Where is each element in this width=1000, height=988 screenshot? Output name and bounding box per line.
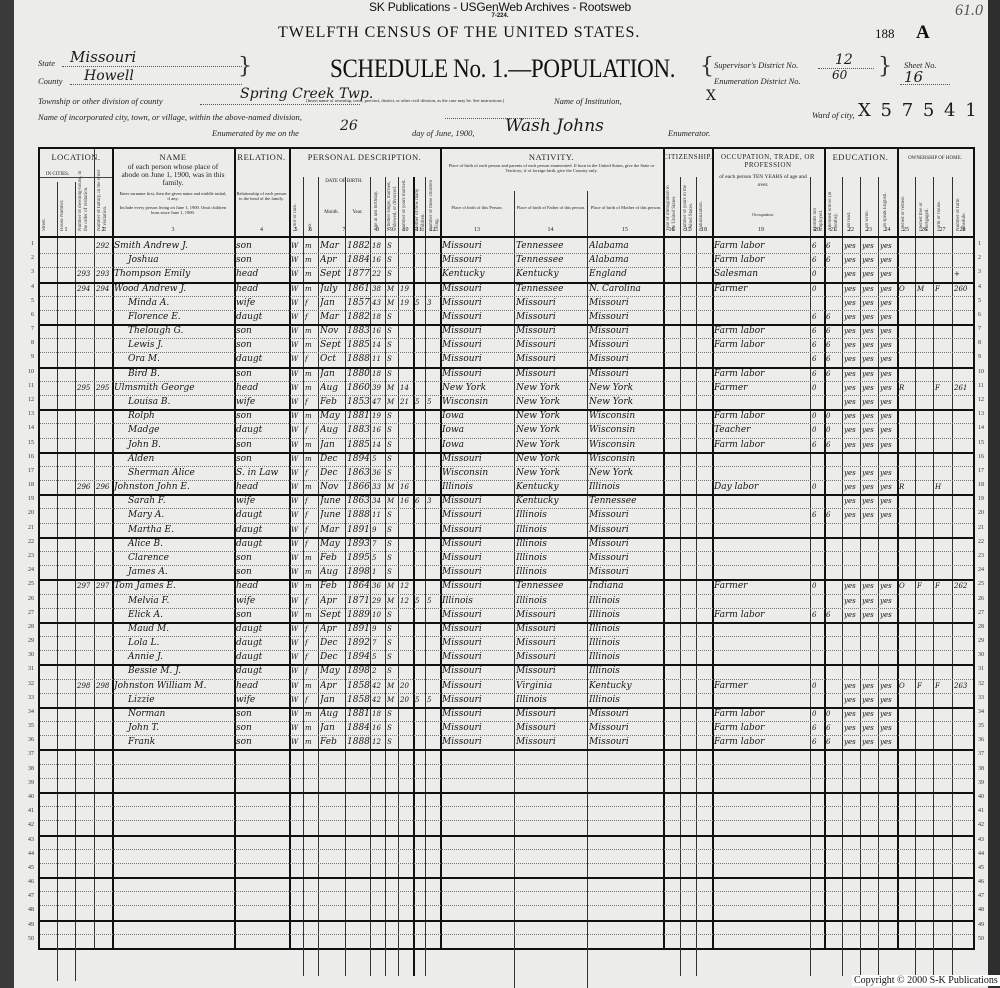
row-number-left: 5	[22, 298, 34, 304]
cell-month: Jan	[320, 438, 345, 452]
cell-month: Dec	[320, 466, 345, 480]
cell-occ: Farm labor	[714, 239, 810, 253]
cell-unemp: 0	[812, 282, 824, 296]
cell-age: 33	[372, 480, 385, 494]
cell-bp: Iowa	[442, 423, 514, 437]
row-number-right: 18	[978, 482, 988, 488]
header-birth-person: Place of birth of this Person.	[442, 205, 512, 210]
header-occupation-desc: of each person TEN YEARS of age and over…	[716, 173, 810, 189]
cell-read: yes	[844, 253, 860, 267]
state-value: Missouri	[70, 48, 136, 66]
cell-mar: S	[387, 452, 398, 466]
cell-color: W	[291, 381, 303, 395]
row-number-left: 16	[22, 454, 34, 460]
row-number-left: 48	[22, 907, 34, 913]
row-number-left: 28	[22, 624, 34, 630]
cell-rel: daugt	[236, 423, 289, 437]
cell-sex: f	[305, 594, 318, 608]
cell-name: James A.	[114, 565, 248, 579]
column-number: 20	[810, 227, 824, 233]
row-number-left: 1	[22, 241, 34, 247]
cell-sched: 261	[954, 381, 973, 395]
cell-mp: Wisconsin	[589, 438, 663, 452]
cell-sex: f	[305, 494, 318, 508]
cell-color: W	[291, 594, 303, 608]
cell-unemp: 6	[812, 352, 824, 366]
cell-mar: S	[387, 409, 398, 423]
cell-year: 1881	[347, 707, 370, 721]
ed-label: Enumeration District No.	[714, 76, 801, 86]
cell-age: 22	[372, 267, 385, 281]
cell-sex: m	[305, 438, 318, 452]
cell-farm: F	[935, 381, 952, 395]
cell-color: W	[291, 721, 303, 735]
cell-mp: Illinois	[589, 693, 663, 707]
header-name-note2: Include every person living on June 1, 1…	[118, 205, 228, 215]
cell-sex: m	[305, 707, 318, 721]
cell-name: Lewis J.	[114, 338, 248, 352]
cell-month: Aug	[320, 381, 345, 395]
row-number-right: 7	[978, 326, 988, 332]
cell-month: Sept	[320, 338, 345, 352]
cell-mar: S	[387, 253, 398, 267]
cell-month: Feb	[320, 735, 345, 749]
cell-year: 1894	[347, 650, 370, 664]
cell-name: Mary A.	[114, 508, 248, 522]
cell-sch: 6	[826, 367, 842, 381]
cell-mp: Missouri	[589, 551, 663, 565]
cell-fp: Tennessee	[516, 579, 587, 593]
cell-mp: Missouri	[589, 565, 663, 579]
cell-mar: M	[387, 494, 398, 508]
cell-fp: New York	[516, 423, 587, 437]
cell-age: 16	[372, 324, 385, 338]
cell-fp: Missouri	[516, 296, 587, 310]
column-number: 8	[370, 227, 385, 233]
cell-age: 18	[372, 310, 385, 324]
row-number-left: 19	[22, 496, 34, 502]
cell-sex: f	[305, 296, 318, 310]
cell-bp: Missouri	[442, 494, 514, 508]
row-number-right: 27	[978, 610, 988, 616]
township-note: [Insert name of township, town, precinct…	[306, 98, 504, 103]
cell-sex: f	[305, 352, 318, 366]
county-value: Howell	[84, 68, 134, 84]
brace-icon: {	[700, 54, 714, 79]
row-number-left: 10	[22, 369, 34, 375]
cell-month: Feb	[320, 579, 345, 593]
cell-rel: son	[236, 735, 289, 749]
cell-free: F	[917, 579, 933, 593]
row-number-right: 36	[978, 737, 988, 743]
cell-bp: Missouri	[442, 367, 514, 381]
schedule-title: SCHEDULE No. 1.—POPULATION.	[330, 54, 675, 84]
cell-rel: daugt	[236, 636, 289, 650]
cell-mp: Missouri	[589, 324, 663, 338]
cell-ym: 20	[400, 693, 413, 707]
column-number: 9	[385, 227, 398, 233]
row-divider	[40, 863, 973, 864]
cell-color: W	[291, 636, 303, 650]
row-number-left: 21	[22, 525, 34, 531]
cell-fp: Missouri	[516, 338, 587, 352]
cell-color: W	[291, 282, 303, 296]
cell-rel: son	[236, 721, 289, 735]
cell-occ: Farm labor	[714, 735, 810, 749]
cell-write: yes	[862, 239, 878, 253]
cell-age: 34	[372, 494, 385, 508]
cell-color: W	[291, 296, 303, 310]
cell-year: 1894	[347, 452, 370, 466]
cell-mp: Illinois	[589, 480, 663, 494]
cell-read: yes	[844, 381, 860, 395]
header-children-living: Number of these children living.	[429, 179, 441, 231]
row-number-right: 42	[978, 822, 988, 828]
cell-occ: Farmer	[714, 282, 810, 296]
cell-eng: yes	[880, 324, 897, 338]
cell-bp: Missouri	[442, 579, 514, 593]
cell-read: yes	[844, 735, 860, 749]
header-relation-desc: Relationship of each person to the head …	[236, 191, 287, 201]
county-label: County	[38, 76, 63, 86]
cell-free: F	[917, 679, 933, 693]
cell-eng: yes	[880, 466, 897, 480]
cell-sex: f	[305, 693, 318, 707]
row-number-right: 9	[978, 354, 988, 360]
cell-occ: Farm labor	[714, 438, 810, 452]
cell-unemp: 6	[812, 239, 824, 253]
row-number-right: 39	[978, 780, 988, 786]
column-number: 1	[57, 227, 75, 233]
row-number-right: 24	[978, 567, 988, 573]
cell-color: W	[291, 679, 303, 693]
header-owned-rented: Owned or rented.	[901, 195, 907, 231]
row-number-right: 31	[978, 666, 988, 672]
row-divider	[40, 934, 973, 935]
cell-year: 1888	[347, 508, 370, 522]
cell-bp: Missouri	[442, 523, 514, 537]
cell-year: 1885	[347, 338, 370, 352]
cell-mar: S	[387, 324, 398, 338]
cell-read: yes	[844, 679, 860, 693]
cell-age: 2	[372, 664, 385, 678]
sheet-line	[900, 84, 950, 85]
cell-bp: Missouri	[442, 282, 514, 296]
cell-color: W	[291, 480, 303, 494]
cell-write: yes	[862, 735, 878, 749]
cell-sch: 6	[826, 310, 842, 324]
cell-name: Tom James E.	[114, 579, 234, 593]
cell-age: 14	[372, 438, 385, 452]
row-number-left: 44	[22, 851, 34, 857]
cell-bp: Missouri	[442, 650, 514, 664]
cell-year: 1895	[347, 551, 370, 565]
row-number-left: 9	[22, 354, 34, 360]
cell-unemp: 6	[812, 367, 824, 381]
cell-year: 1861	[347, 282, 370, 296]
cell-color: W	[291, 409, 303, 423]
cell-rel: wife	[236, 594, 289, 608]
cell-month: Sept	[320, 608, 345, 622]
cell-liv: 5	[427, 594, 440, 608]
cell-write: yes	[862, 480, 878, 494]
brace-icon: }	[878, 54, 892, 79]
institution-label: Name of Institution,	[554, 96, 622, 106]
cell-fp: Illinois	[516, 551, 587, 565]
cell-year: 1857	[347, 296, 370, 310]
cell-color: W	[291, 367, 303, 381]
cell-fp: Illinois	[516, 508, 587, 522]
header-attended-school: Attended school (in months).	[828, 179, 840, 231]
cell-month: Aug	[320, 707, 345, 721]
cell-bp: Missouri	[442, 310, 514, 324]
cell-fp: Missouri	[516, 636, 587, 650]
supervisor-label: Supervisor's District No.	[714, 60, 798, 70]
row-number-left: 27	[22, 610, 34, 616]
row-divider	[40, 849, 973, 850]
cell-read: yes	[844, 480, 860, 494]
cell-fp: Tennessee	[516, 253, 587, 267]
cell-ym: 19	[400, 282, 413, 296]
cell-age: 19	[372, 409, 385, 423]
row-number-right: 26	[978, 596, 988, 602]
cell-sex: m	[305, 338, 318, 352]
cell-mar: S	[387, 338, 398, 352]
cell-year: 1858	[347, 693, 370, 707]
cell-sex: f	[305, 664, 318, 678]
cell-month: Jan	[320, 367, 345, 381]
cell-sex: m	[305, 608, 318, 622]
cell-mp: Illinois	[589, 608, 663, 622]
cell-rel: daugt	[236, 523, 289, 537]
cell-sex: m	[305, 324, 318, 338]
cell-color: W	[291, 693, 303, 707]
cell-mar: S	[387, 735, 398, 749]
row-number-right: 21	[978, 525, 988, 531]
cell-mar: M	[387, 296, 398, 310]
row-number-left: 17	[22, 468, 34, 474]
cell-read: yes	[844, 579, 860, 593]
header-can-speak-english: Can speak English.	[883, 189, 889, 231]
row-divider	[40, 749, 973, 751]
cell-name: Johnston John E.	[114, 480, 234, 494]
cell-occ: Day labor	[714, 480, 810, 494]
cell-color: W	[291, 310, 303, 324]
cell-year: 1880	[347, 367, 370, 381]
cell-month: Jan	[320, 721, 345, 735]
cell-age: 14	[372, 338, 385, 352]
row-number-right: 23	[978, 553, 988, 559]
row-number-left: 29	[22, 638, 34, 644]
header-month: Month.	[318, 209, 345, 217]
cell-bp: Missouri	[442, 636, 514, 650]
cell-bp: Missouri	[442, 693, 514, 707]
cell-sex: m	[305, 480, 318, 494]
cell-mp: Illinois	[589, 650, 663, 664]
cell-fp: Tennessee	[516, 239, 587, 253]
header-location: LOCATION.	[40, 153, 112, 161]
header-dwelling: Number of dwelling-house, in the order o…	[78, 169, 90, 231]
cell-mp: Missouri	[589, 523, 663, 537]
cell-fam: 296	[96, 480, 112, 494]
row-number-left: 23	[22, 553, 34, 559]
cell-occ: Farmer	[714, 579, 810, 593]
cell-fp: Missouri	[516, 721, 587, 735]
header-years-married: Number of years married.	[402, 179, 408, 231]
header-immigration-year: Year of immigration to the United States…	[666, 179, 678, 231]
cell-mar: S	[387, 622, 398, 636]
cell-unemp: 0	[812, 267, 824, 281]
cell-year: 1864	[347, 579, 370, 593]
row-number-left: 3	[22, 269, 34, 275]
row-number-right: 40	[978, 794, 988, 800]
row-number-right: 13	[978, 411, 988, 417]
cell-name: Elick A.	[114, 608, 248, 622]
cell-sex: m	[305, 452, 318, 466]
city-label: Name of incorporated city, town, or vill…	[38, 112, 302, 122]
cell-year: 1882	[347, 310, 370, 324]
cell-sch: 6	[826, 239, 842, 253]
cell-name: John T.	[114, 721, 248, 735]
cell-name: Wood Andrew J.	[114, 282, 234, 296]
row-number-right: 37	[978, 751, 988, 757]
cell-eng: yes	[880, 423, 897, 437]
enumerated-suffix: day of June, 1900,	[412, 128, 475, 138]
cell-year: 1866	[347, 480, 370, 494]
header-birth-mother: Place of birth of Mother of this person.	[590, 205, 662, 210]
row-number-left: 41	[22, 808, 34, 814]
row-number-left: 36	[22, 737, 34, 743]
cell-mar: M	[387, 381, 398, 395]
cell-sex: m	[305, 565, 318, 579]
header-years-in-us: Number of years in the United States.	[683, 179, 695, 231]
column-number: 16	[663, 227, 680, 233]
cell-year: 1892	[347, 636, 370, 650]
cell-occ: Farm labor	[714, 608, 810, 622]
cell-eng: yes	[880, 352, 897, 366]
cell-age: 5	[372, 650, 385, 664]
row-number-right: 45	[978, 865, 988, 871]
row-number-left: 4	[22, 284, 34, 290]
cell-sched: +	[954, 267, 973, 281]
row-number-right: 16	[978, 454, 988, 460]
cell-name: Alice B.	[114, 537, 248, 551]
cell-mar: M	[387, 594, 398, 608]
cell-month: Apr	[320, 622, 345, 636]
state-line	[62, 66, 242, 67]
cell-age: 16	[372, 253, 385, 267]
cell-sched: 263	[954, 679, 973, 693]
cell-ym: 19	[400, 296, 413, 310]
cell-year: 1884	[347, 721, 370, 735]
cell-bp: Missouri	[442, 551, 514, 565]
cell-eng: yes	[880, 296, 897, 310]
row-number-right: 49	[978, 922, 988, 928]
cell-fam: 295	[96, 381, 112, 395]
header-marital: Whether single, married, widowed, or div…	[387, 179, 399, 231]
cell-occ: Farm labor	[714, 324, 810, 338]
cell-mar: S	[387, 707, 398, 721]
cell-rel: daugt	[236, 310, 289, 324]
cell-read: yes	[844, 693, 860, 707]
cell-age: 43	[372, 296, 385, 310]
cell-bp: Iowa	[442, 409, 514, 423]
cell-color: W	[291, 253, 303, 267]
cell-sched: 260	[954, 282, 973, 296]
cell-write: yes	[862, 367, 878, 381]
cell-age: 10	[372, 608, 385, 622]
cell-fp: Illinois	[516, 594, 587, 608]
scan-right-edge	[988, 0, 1000, 988]
cell-rel: daugt	[236, 622, 289, 636]
county-line	[70, 84, 242, 85]
cell-month: Mar	[320, 310, 345, 324]
cell-month: Apr	[320, 253, 345, 267]
row-divider	[40, 778, 973, 779]
cell-eng: yes	[880, 608, 897, 622]
cell-mar: M	[387, 579, 398, 593]
cell-eng: yes	[880, 735, 897, 749]
row-divider	[40, 877, 973, 879]
cell-name: Melvia F.	[114, 594, 248, 608]
header-street: Street.	[42, 195, 48, 231]
cell-write: yes	[862, 693, 878, 707]
row-number-right: 15	[978, 440, 988, 446]
row-number-right: 48	[978, 907, 988, 913]
cell-bp: Illinois	[442, 480, 514, 494]
cell-free: M	[917, 282, 933, 296]
cell-month: Feb	[320, 395, 345, 409]
cell-sex: m	[305, 735, 318, 749]
cell-occ: Teacher	[714, 423, 810, 437]
cell-unemp: 0	[812, 409, 824, 423]
cell-mp: New York	[589, 395, 663, 409]
cell-write: yes	[862, 253, 878, 267]
cell-own: R	[899, 381, 915, 395]
cell-color: W	[291, 338, 303, 352]
cell-mo: 5	[415, 693, 425, 707]
cell-mar: S	[387, 466, 398, 480]
cell-name: Bessie M. J.	[114, 664, 248, 678]
cell-liv: 3	[427, 296, 440, 310]
cell-rel: head	[236, 579, 289, 593]
cell-age: 7	[372, 636, 385, 650]
cell-rel: head	[236, 679, 289, 693]
cell-rel: wife	[236, 494, 289, 508]
cell-color: W	[291, 352, 303, 366]
cell-sex: m	[305, 409, 318, 423]
row-divider	[40, 891, 973, 892]
cell-mar: M	[387, 395, 398, 409]
cell-fp: Missouri	[516, 707, 587, 721]
cell-rel: head	[236, 381, 289, 395]
cell-age: 9	[372, 622, 385, 636]
row-number-left: 39	[22, 780, 34, 786]
cell-mp: Wisconsin	[589, 409, 663, 423]
cell-write: yes	[862, 409, 878, 423]
enumerator-signature: Wash Johns	[505, 116, 604, 136]
cell-read: yes	[844, 508, 860, 522]
cell-sch: 0	[826, 707, 842, 721]
cell-month: Jan	[320, 296, 345, 310]
cell-unemp: 0	[812, 381, 824, 395]
cell-eng: yes	[880, 594, 897, 608]
cell-fp: New York	[516, 409, 587, 423]
cell-sex: m	[305, 267, 318, 281]
cell-rel: daugt	[236, 664, 289, 678]
row-number-left: 37	[22, 751, 34, 757]
cell-sch: 6	[826, 721, 842, 735]
